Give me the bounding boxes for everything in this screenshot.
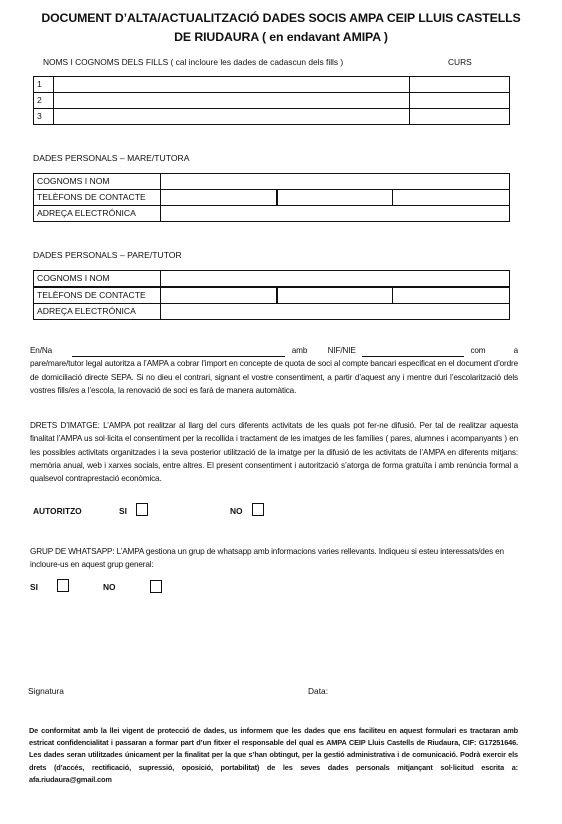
table-row: TELÈFONS DE CONTACTE — [34, 287, 510, 304]
father-email-field[interactable] — [160, 304, 509, 320]
mother-name-field[interactable] — [160, 174, 509, 190]
image-rights-no-checkbox[interactable] — [252, 503, 264, 516]
table-row: COGNOMS I NOM — [34, 174, 510, 190]
document-title-line-2: DE RIUDAURA ( en endavant AMIPA ) — [0, 28, 562, 47]
table-row: 1 — [34, 77, 510, 93]
name-label: COGNOMS I NOM — [34, 271, 161, 288]
mother-phone-2-field[interactable] — [277, 190, 393, 206]
father-phone-1-field[interactable] — [160, 287, 277, 304]
phones-label: TELÈFONS DE CONTACTE — [34, 287, 161, 304]
table-row: ADREÇA ELECTRÓNICA — [34, 304, 510, 320]
table-row: ADREÇA ELECTRÓNICA — [34, 206, 510, 222]
row-number: 1 — [34, 77, 54, 93]
table-row: 3 — [34, 109, 510, 125]
table-row: TELÈFONS DE CONTACTE — [34, 190, 510, 206]
signature-label: Signatura — [28, 686, 64, 696]
member-name-blank[interactable] — [72, 347, 285, 357]
nif-label: NIF/NIE — [328, 344, 356, 357]
child-name-field[interactable] — [53, 93, 409, 109]
children-header-label: NOMS I COGNOMS DELS FILLS ( cal incloure… — [43, 57, 343, 67]
email-label: ADREÇA ELECTRÓNICA — [34, 304, 161, 320]
authorization-fill-line: En/Na amb NIF/NIE com a — [30, 344, 518, 357]
child-curs-field[interactable] — [410, 77, 510, 93]
authorization-text: pare/mare/tutor legal autoritza a l’AMPA… — [30, 357, 518, 397]
table-row: COGNOMS I NOM — [34, 271, 510, 288]
com-a-label: com a — [470, 344, 518, 357]
image-rights-yes-checkbox[interactable] — [136, 503, 148, 516]
whatsapp-no-label: NO — [103, 582, 116, 592]
whatsapp-text: GRUP DE WHATSAPP: L’AMPA gestiona un gru… — [30, 545, 518, 572]
whatsapp-yes-label: SI — [30, 582, 38, 592]
data-protection-notice: De conformitat amb la llei vigent de pro… — [29, 725, 518, 786]
document-title-line-1: DOCUMENT D’ALTA/ACTUALITZACIÓ DADES SOCI… — [0, 9, 562, 28]
mother-phone-3-field[interactable] — [393, 190, 510, 206]
authorize-label: AUTORITZO — [33, 506, 82, 516]
image-no-label: NO — [230, 506, 243, 516]
date-label: Data: — [308, 686, 328, 696]
amb-label: amb — [292, 344, 307, 357]
child-curs-field[interactable] — [410, 93, 510, 109]
children-table: 1 2 3 — [33, 76, 510, 125]
authorization-block: En/Na amb NIF/NIE com a pare/mare/tutor … — [30, 344, 518, 397]
email-label: ADREÇA ELECTRÓNICA — [34, 206, 161, 222]
row-number: 2 — [34, 93, 54, 109]
father-section-heading: DADES PERSONALS – PARE/TUTOR — [33, 250, 182, 260]
child-name-field[interactable] — [53, 109, 409, 125]
father-name-field[interactable] — [160, 271, 509, 288]
nif-blank[interactable] — [362, 347, 464, 357]
father-table: COGNOMS I NOM TELÈFONS DE CONTACTE ADREÇ… — [33, 270, 510, 320]
phones-label: TELÈFONS DE CONTACTE — [34, 190, 161, 206]
whatsapp-no-checkbox[interactable] — [150, 580, 162, 593]
image-rights-text: DRETS D’IMATGE: L’AMPA pot realitzar al … — [30, 419, 518, 485]
name-label: COGNOMS I NOM — [34, 174, 161, 190]
whatsapp-yes-checkbox[interactable] — [57, 579, 69, 592]
mother-section-heading: DADES PERSONALS – MARE/TUTORA — [33, 153, 189, 163]
child-name-field[interactable] — [53, 77, 409, 93]
father-phone-2-field[interactable] — [277, 287, 393, 304]
curs-header-label: CURS — [448, 57, 472, 67]
row-number: 3 — [34, 109, 54, 125]
table-row: 2 — [34, 93, 510, 109]
en-na-label: En/Na — [30, 344, 52, 357]
mother-email-field[interactable] — [160, 206, 509, 222]
mother-phone-1-field[interactable] — [160, 190, 277, 206]
child-curs-field[interactable] — [410, 109, 510, 125]
image-yes-label: SI — [119, 506, 127, 516]
father-phone-3-field[interactable] — [393, 287, 510, 304]
mother-table: COGNOMS I NOM TELÈFONS DE CONTACTE ADREÇ… — [33, 173, 510, 222]
